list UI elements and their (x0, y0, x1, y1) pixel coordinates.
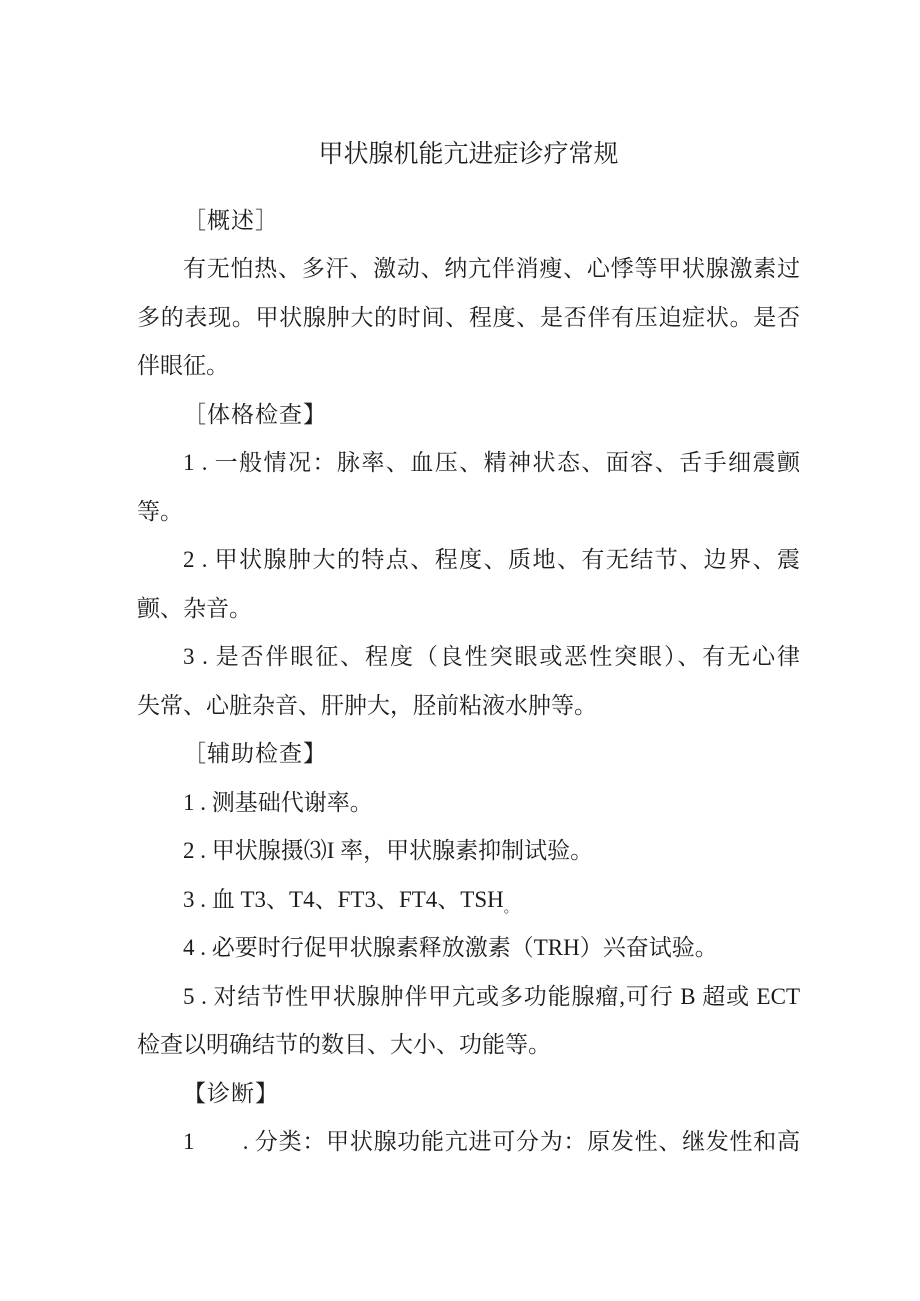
item-aux-1: 1 . 测基础代谢率。 (137, 779, 800, 828)
heading-diagnosis: 【诊断】 (137, 1070, 800, 1119)
item-pe-3-line-2: 失常、心脏杂音、肝肿大，胫前粘液水肿等。 (137, 682, 800, 731)
item-aux-4: 4 . 必要时行促甲状腺素释放激素（TRH）兴奋试验。 (137, 924, 800, 973)
item-pe-3-line-1: 3 . 是否伴眼征、程度（良性突眼或恶性突眼）、有无心律 (137, 633, 800, 682)
para-overview-line-2: 多的表现。甲状腺肿大的时间、程度、是否伴有压迫症状。是否 (137, 294, 800, 343)
item-aux-5-line-2: 检查以明确结节的数目、大小、功能等。 (137, 1021, 800, 1070)
heading-overview: ［概述］ (137, 197, 800, 246)
document-content: 甲状腺机能亢进症诊疗常规［概述］有无怕热、多汗、激动、纳亢伴消瘦、心悸等甲状腺激… (137, 131, 800, 1167)
item-aux-2: 2 . 甲状腺摄⑶I 率，甲状腺素抑制试验。 (137, 827, 800, 876)
item-pe-2-line-1: 2 . 甲状腺肿大的特点、程度、质地、有无结节、边界、震 (137, 536, 800, 585)
item-aux-5-line-1: 5 . 对结节性甲状腺肿伴甲亢或多功能腺瘤,可行 B 超或 ECT (137, 973, 800, 1022)
item-pe-2-line-2: 颤、杂音。 (137, 585, 800, 634)
heading-physical-exam: ［体格检查】 (137, 391, 800, 440)
item-pe-1-line-2: 等。 (137, 488, 800, 537)
item-pe-1-line-1: 1 . 一般情况：脉率、血压、精神状态、面容、舌手细震颤 (137, 439, 800, 488)
para-overview-line-1: 有无怕热、多汗、激动、纳亢伴消瘦、心悸等甲状腺激素过 (137, 245, 800, 294)
item-aux-3-subscript: 。 (504, 901, 518, 916)
para-overview-line-3: 伴眼征。 (137, 342, 800, 391)
doc-title: 甲状腺机能亢进症诊疗常规 (137, 131, 800, 180)
item-aux-3: 3 . 血 T3、T4、FT3、FT4、TSH。 (137, 876, 800, 925)
heading-auxiliary-exam: ［辅助检查】 (137, 730, 800, 779)
item-dx-1-line-1: 1 . 分类：甲状腺功能亢进可分为：原发性、继发性和高 (137, 1118, 800, 1167)
document-page: 甲状腺机能亢进症诊疗常规［概述］有无怕热、多汗、激动、纳亢伴消瘦、心悸等甲状腺激… (0, 0, 920, 1301)
